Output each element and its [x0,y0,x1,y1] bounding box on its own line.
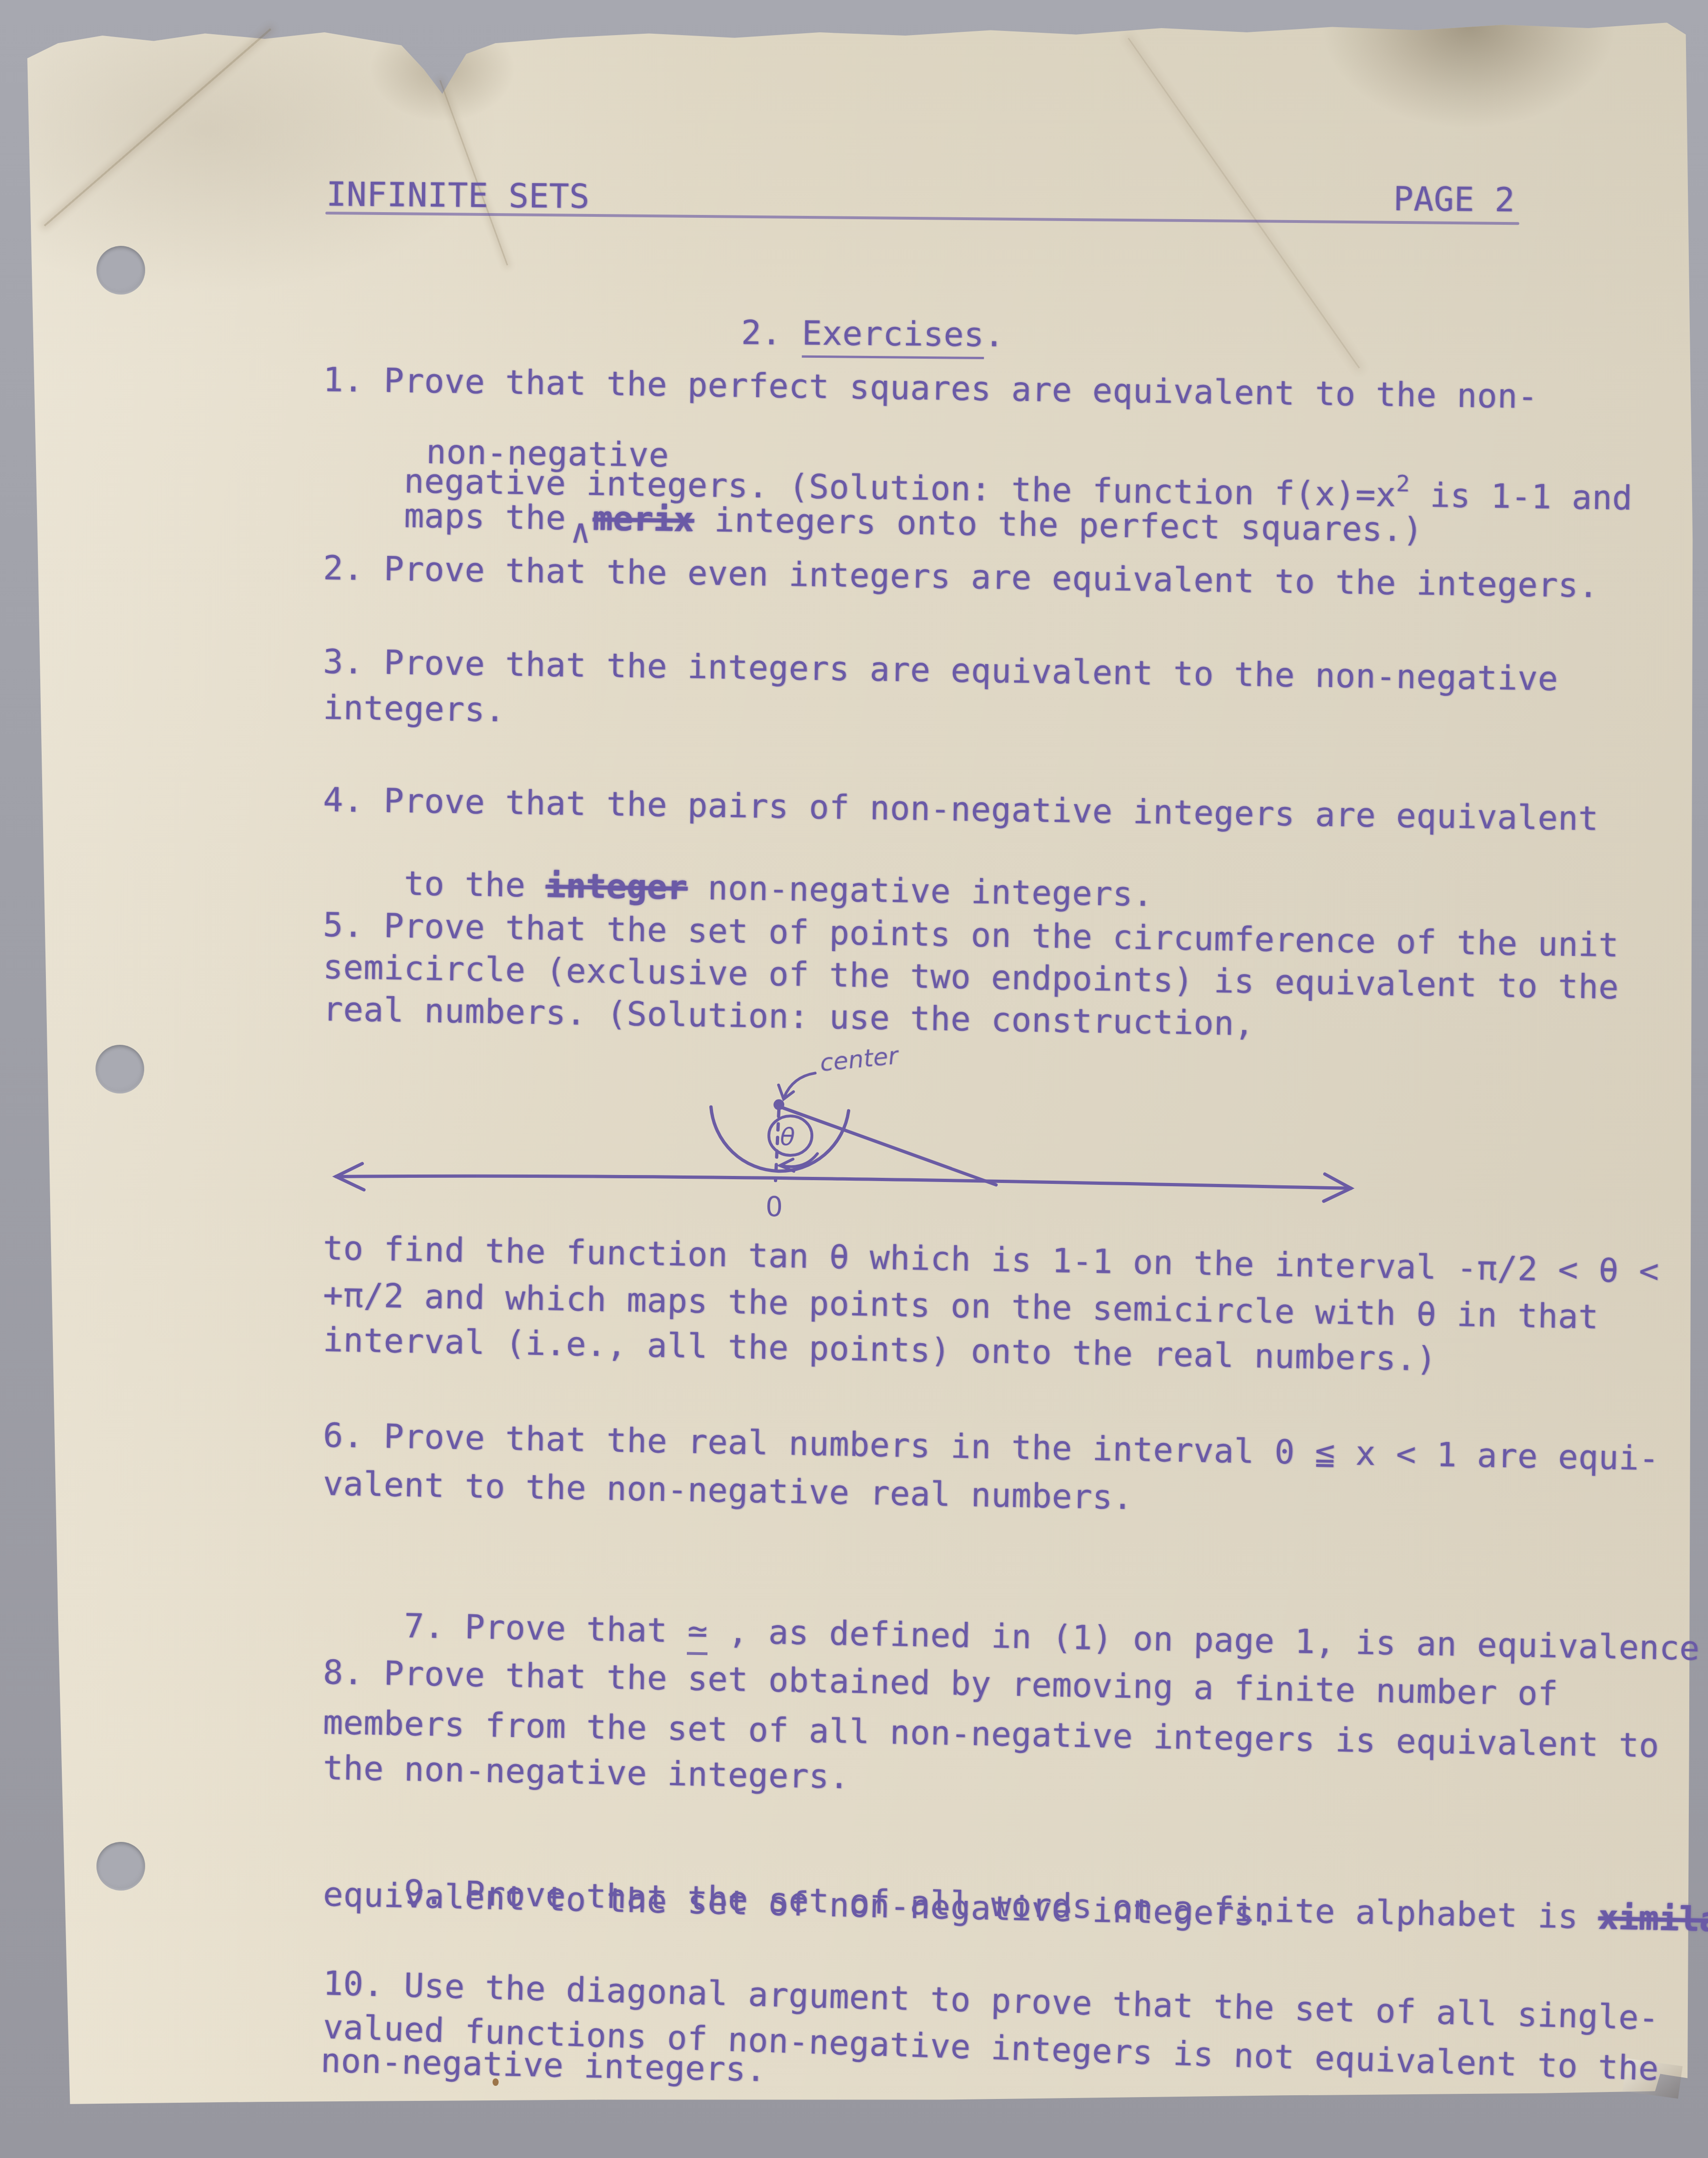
exercise-8-line-3: the non-negative integers. [323,1748,850,1797]
typewritten-text-layer: INFINITE SETS PAGE 2 2. Exercises. 1. Pr… [0,0,1708,2158]
exercise-1-line-3-end: integers onto the perfect squares.) [694,500,1423,549]
construction-diagram: θ 0 center [327,1041,1387,1249]
header-underline [325,212,1519,225]
struck-out-word: ximilar [1598,1898,1708,1939]
exercise-7-end: , as defined in (1) on page 1, is an equ… [707,1611,1708,1670]
exercise-4-line-2-end: non-negative integers. [687,868,1154,914]
theta-label: θ [780,1123,795,1151]
ray-through-point [779,1107,996,1185]
center-label: center [819,1042,901,1077]
exercise-4-line-2-start: to the [404,864,546,905]
exercise-3-line-2: integers. [323,687,505,730]
struck-out-word: integer [545,866,688,907]
exercise-7-start: 7. Prove that [404,1606,688,1650]
exercise-1-line-2-end: is 1-1 and [1409,475,1633,517]
exercise-3-line-1: 3. Prove that the integers are equivalen… [323,642,1558,699]
struck-out-word: merix [593,499,694,539]
center-point-dot [775,1101,783,1109]
section-title: Exercises [802,314,984,359]
section-number: 2. [741,313,802,353]
equivalence-symbol: ≃ [687,1611,708,1655]
exercise-1-line-3-start: maps the [404,496,566,537]
exercise-1-line-1: 1. Prove that the perfect squares are eq… [323,360,1538,417]
page-header-number: PAGE 2 [1393,179,1515,220]
origin-label: 0 [766,1191,783,1223]
section-period: . [984,315,1005,354]
scanned-page-background: { "header": { "title": "INFINITE SETS", … [0,0,1708,2158]
exercise-6-line-2: valent to the non-negative real numbers. [323,1463,1133,1518]
number-line [336,1175,1351,1188]
page-header-title: INFINITE SETS [326,174,590,217]
insertion-caret: ∧ [570,511,591,552]
